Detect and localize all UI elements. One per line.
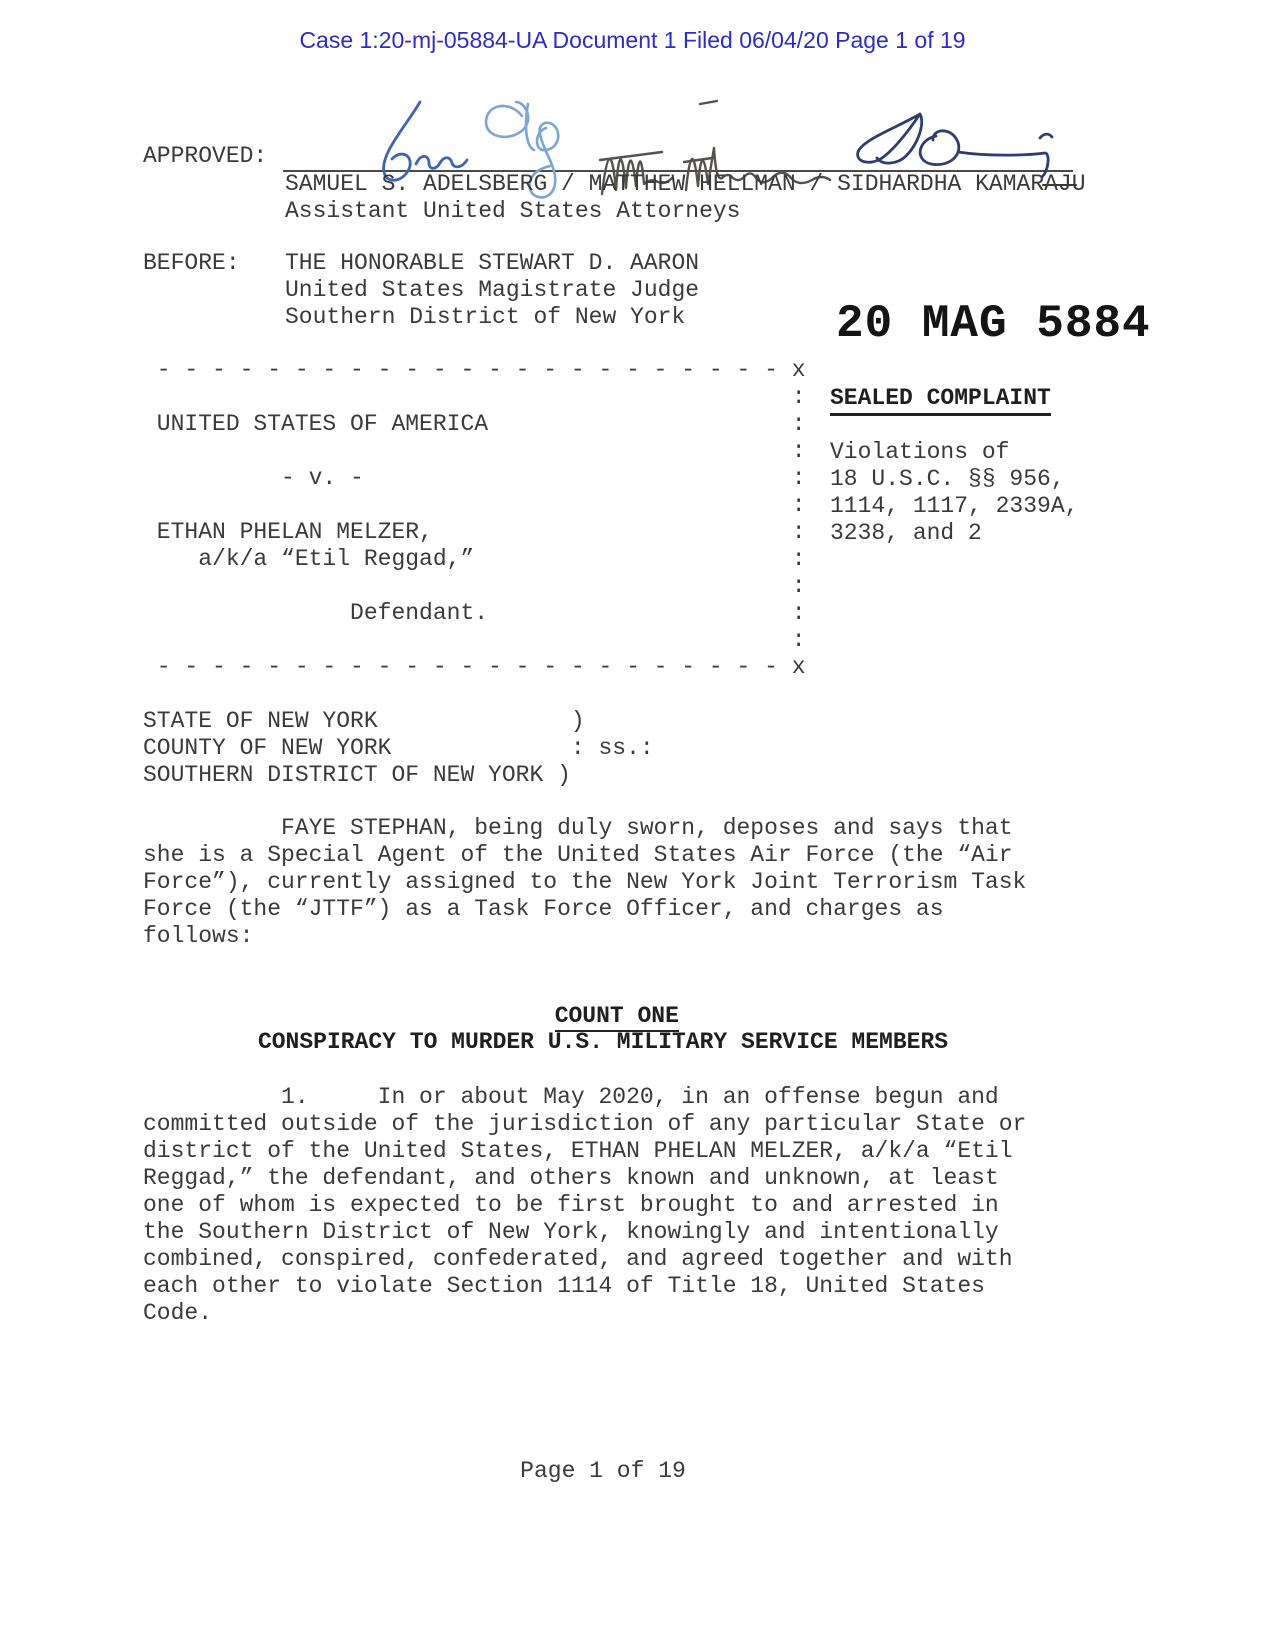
page-footer: Page 1 of 19 — [143, 1458, 1063, 1485]
oath-paragraph: FAYE STEPHAN, being duly sworn, deposes … — [143, 815, 1026, 950]
signature-adelsberg-icon — [384, 102, 467, 180]
count-one-paragraph: 1. In or about May 2020, in an offense b… — [143, 1084, 1026, 1327]
count-one-heading-row: COUNT ONE — [143, 976, 1063, 1030]
before-label: BEFORE: — [143, 250, 240, 277]
magistrate-case-number: 20 MAG 5884 — [836, 298, 1151, 350]
count-one-subheading: CONSPIRACY TO MURDER U.S. MILITARY SERVI… — [143, 1029, 1063, 1056]
venue-block: STATE OF NEW YORK ) COUNTY OF NEW YORK :… — [143, 708, 654, 789]
case-caption: - - - - - - - - - - - - - - - - - - - - … — [143, 357, 806, 681]
attorney-names: SAMUEL S. ADELSBERG / MATTHEW HELLMAN / … — [285, 171, 1086, 198]
attorney-title: Assistant United States Attorneys — [285, 198, 740, 225]
count-one-heading: COUNT ONE — [555, 1003, 679, 1032]
approved-label: APPROVED: — [143, 143, 267, 170]
judge-block: THE HONORABLE STEWART D. AARON United St… — [285, 250, 699, 331]
sealed-complaint-label: SEALED COMPLAINT — [830, 385, 1051, 416]
case-header: Case 1:20-mj-05884-UA Document 1 Filed 0… — [0, 27, 1265, 54]
violations-block: Violations of 18 U.S.C. §§ 956, 1114, 11… — [830, 439, 1078, 547]
